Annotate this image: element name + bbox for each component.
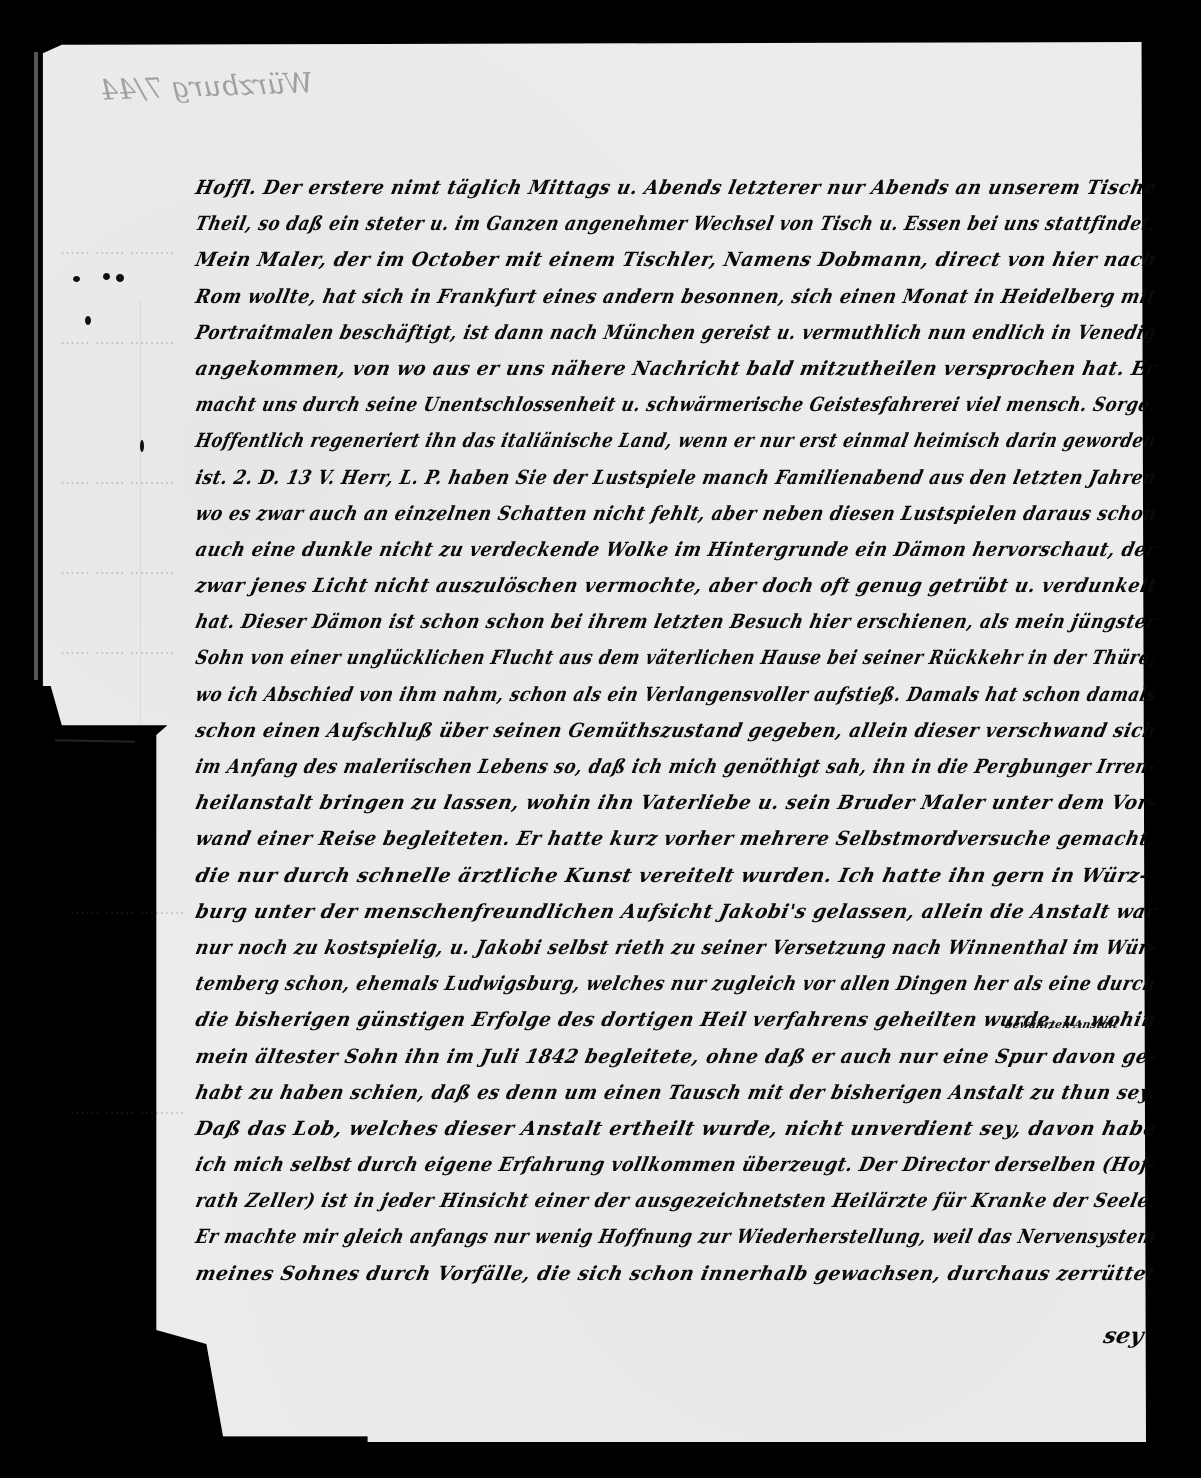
page-tear [55,739,135,742]
text-line: Hoffl. Der erstere nimt täglich Mittags … [192,170,1105,206]
text-line: ich mich selbst durch eigene Erfahrung v… [192,1147,1075,1183]
page-edge-shadow [34,52,38,680]
text-line: mein ältester Sohn ihn im Juli 1842 begl… [192,1039,1109,1075]
text-line: ist. 2. D. 13 V. Herr, L. P. haben Sie d… [192,460,1053,496]
text-line: Rom wollte, hat sich in Frankfurt eines … [192,279,1069,315]
catchword: sey [1101,1323,1146,1349]
text-line: Er machte mir gleich anfangs nur wenig H… [192,1219,1038,1255]
ink-blot [103,273,110,280]
interlinear-insertion: bewährten Anstalt [1004,1018,1120,1031]
text-line: zwar jenes Licht nicht auszulöschen verm… [192,568,1100,604]
text-line: macht uns durch seine Unentschlossenheit… [192,387,1029,423]
text-line: Theil, so daß ein steter u. im Ganzen an… [192,206,1036,242]
text-line: temberg schon, ehemals Ludwigsburg, welc… [192,966,1048,1002]
text-line: wo es zwar auch an einzelnen Schatten ni… [192,496,1052,532]
letter-body: Hoffl. Der erstere nimt täglich Mittags … [192,170,1172,1292]
text-line: die bisherigen günstigen Erfolge des dor… [192,1002,1119,1038]
bleed-through-text: ……… …… …… [70,1100,185,1118]
ink-blot [85,316,91,325]
text-line: angekommen, von wo aus er uns nähere Nac… [192,351,1115,387]
text-line: schon einen Aufschluß über seinen Gemüth… [192,713,1086,749]
text-line: habt zu haben schien, daß es denn um ein… [192,1075,1090,1111]
text-line: die nur durch schnelle ärztliche Kunst v… [192,858,1160,894]
text-line: nur noch zu kostspielig, u. Jakobi selbs… [192,930,1073,966]
text-line: im Anfang des maleriischen Lebens so, da… [192,749,1043,785]
text-line: wand einer Reise begleiteten. Er hatte k… [192,821,1101,857]
text-line: heilanstalt bringen zu lassen, wohin ihn… [192,785,1127,821]
ink-blot [140,440,144,452]
ink-blot [73,276,80,282]
text-line: Daß das Lob, welches dieser Anstalt erth… [192,1111,1159,1147]
text-line: burg unter der menschenfreundlichen Aufs… [192,894,1131,930]
bleed-through-text: ……… …… …… [60,640,175,658]
text-line: wo ich Abschied von ihm nahm, schon als … [192,677,1032,713]
paper-fold-line [140,300,141,1400]
ink-blot [116,274,124,282]
text-line: Portraitmalen beschäftigt, ist dann nach… [192,315,1040,351]
bleed-through-text: ……… …… …… [60,560,175,578]
text-line: auch eine dunkle nicht zu verdeckende Wo… [192,532,1078,568]
text-line: Sohn von einer unglücklichen Flucht aus … [192,640,1023,676]
text-line: Hoffentlich regeneriert ihn das italiäni… [192,423,1012,459]
bleed-through-text: ……… …… …… [60,330,175,348]
bleed-through-text: ……… …… …… [60,470,175,488]
text-line: rath Zeller) ist in jeder Hinsicht einer… [192,1183,1076,1219]
bleed-through-text: ……… …… …… [60,240,175,258]
bleed-through-text: ……… …… …… [70,900,185,918]
text-line: Mein Maler, der im October mit einem Tis… [192,242,1128,278]
text-line: hat. Dieser Dämon ist schon schon bei ih… [192,604,1055,640]
text-line: meines Sohnes durch Vorfälle, die sich s… [192,1256,1136,1292]
